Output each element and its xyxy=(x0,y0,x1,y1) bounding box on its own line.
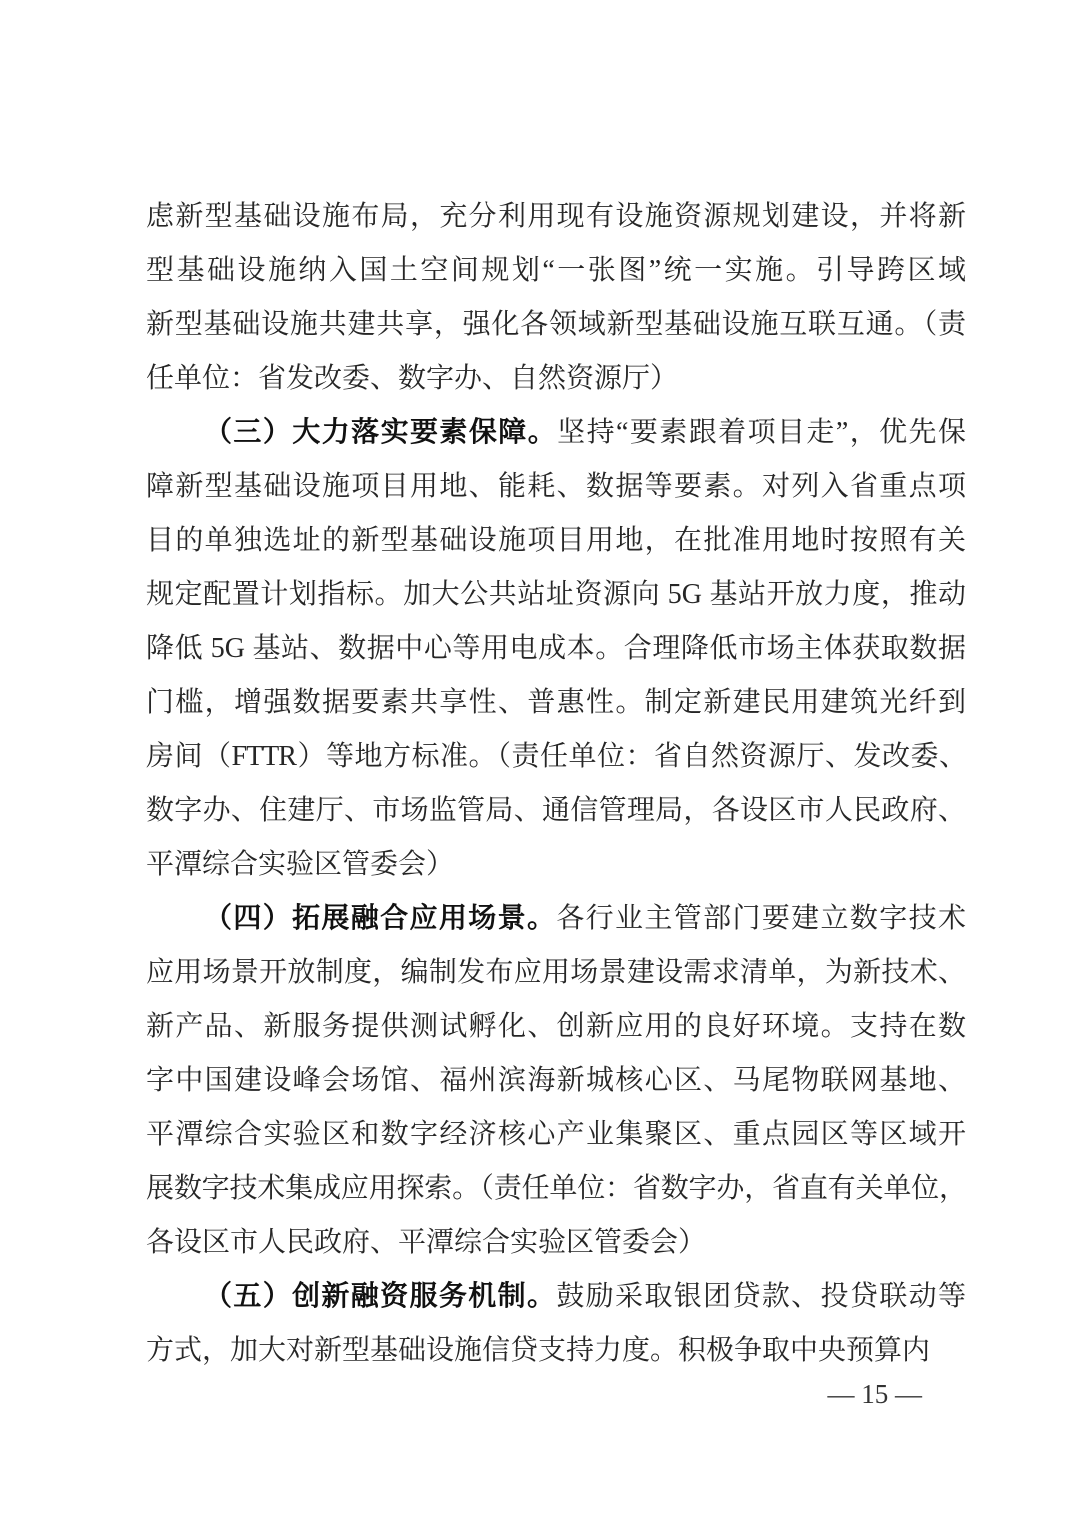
text-line: 方式，加大对新型基础设施信贷支持力度。积极争取中央预算内 xyxy=(146,1324,966,1378)
text-line: 展数字技术集成应用探索。（责任单位：省数字办，省直有关单位， xyxy=(146,1162,966,1216)
text-line: 目的单独选址的新型基础设施项目用地，在批准用地时按照有关 xyxy=(146,514,966,568)
text-line: （四）拓展融合应用场景。各行业主管部门要建立数字技术 xyxy=(146,892,966,946)
text-line: 障新型基础设施项目用地、能耗、数据等要素。对列入省重点项 xyxy=(146,460,966,514)
document-body: 虑新型基础设施布局，充分利用现有设施资源规划建设，并将新 型基础设施纳入国土空间… xyxy=(146,190,966,1378)
page-footer: — 15 — xyxy=(828,1372,923,1416)
text-line: 平潭综合实验区和数字经济核心产业集聚区、重点园区等区域开 xyxy=(146,1108,966,1162)
text-line: 房间（FTTR）等地方标准。（责任单位：省自然资源厅、发改委、 xyxy=(146,730,966,784)
text-line: 应用场景开放制度，编制发布应用场景建设需求清单，为新技术、 xyxy=(146,946,966,1000)
line-text: 目的单独选址的新型基础设施项目用地，在批准用地时按照有关 xyxy=(146,525,966,556)
text-line: 各设区市人民政府、平潭综合实验区管委会） xyxy=(146,1216,966,1270)
text-line: 降低 5G 基站、数据中心等用电成本。合理降低市场主体获取数据 xyxy=(146,622,966,676)
section-heading: （四）拓展融合应用场景。 xyxy=(204,903,556,934)
line-text: 规定配置计划指标。加大公共站址资源向 5G 基站开放力度，推动 xyxy=(146,579,966,610)
page-number: — 15 — xyxy=(828,1379,923,1409)
line-text: 应用场景开放制度，编制发布应用场景建设需求清单，为新技术、 xyxy=(146,957,966,988)
line-text: 展数字技术集成应用探索。（责任单位：省数字办，省直有关单位， xyxy=(146,1173,966,1204)
line-text: 各行业主管部门要建立数字技术 xyxy=(556,903,966,934)
line-text: 数字办、住建厅、市场监管局、通信管理局，各设区市人民政府、 xyxy=(146,795,966,826)
line-text: 新型基础设施共建共享，强化各领域新型基础设施互联互通。（责 xyxy=(146,309,966,340)
line-text: 门槛，增强数据要素共享性、普惠性。制定新建民用建筑光纤到 xyxy=(146,687,966,718)
text-line: 型基础设施纳入国土空间规划“一张图”统一实施。引导跨区域 xyxy=(146,244,966,298)
text-line: 新产品、新服务提供测试孵化、创新应用的良好环境。支持在数 xyxy=(146,1000,966,1054)
line-text: 坚持“要素跟着项目走”，优先保 xyxy=(557,417,966,448)
line-text: 障新型基础设施项目用地、能耗、数据等要素。对列入省重点项 xyxy=(146,471,966,502)
line-text: 平潭综合实验区管委会） xyxy=(146,849,454,880)
line-text: 新产品、新服务提供测试孵化、创新应用的良好环境。支持在数 xyxy=(146,1011,966,1042)
text-line: 规定配置计划指标。加大公共站址资源向 5G 基站开放力度，推动 xyxy=(146,568,966,622)
text-line: 新型基础设施共建共享，强化各领域新型基础设施互联互通。（责 xyxy=(146,298,966,352)
line-text: 鼓励采取银团贷款、投贷联动等 xyxy=(556,1281,966,1312)
text-line: （五）创新融资服务机制。鼓励采取银团贷款、投贷联动等 xyxy=(146,1270,966,1324)
section-heading: （五）创新融资服务机制。 xyxy=(204,1281,556,1312)
section-heading: （三）大力落实要素保障。 xyxy=(204,417,557,448)
line-text: 虑新型基础设施布局，充分利用现有设施资源规划建设，并将新 xyxy=(146,201,966,232)
line-text: 字中国建设峰会场馆、福州滨海新城核心区、马尾物联网基地、 xyxy=(146,1065,966,1096)
text-line: 平潭综合实验区管委会） xyxy=(146,838,966,892)
line-text: 房间（FTTR）等地方标准。（责任单位：省自然资源厅、发改委、 xyxy=(146,741,966,772)
text-line: 字中国建设峰会场馆、福州滨海新城核心区、马尾物联网基地、 xyxy=(146,1054,966,1108)
document-page: 虑新型基础设施布局，充分利用现有设施资源规划建设，并将新 型基础设施纳入国土空间… xyxy=(0,0,1080,1527)
line-text: 方式，加大对新型基础设施信贷支持力度。积极争取中央预算内 xyxy=(146,1335,930,1366)
text-line: 数字办、住建厅、市场监管局、通信管理局，各设区市人民政府、 xyxy=(146,784,966,838)
text-line: 任单位：省发改委、数字办、自然资源厅） xyxy=(146,352,966,406)
line-text: 型基础设施纳入国土空间规划“一张图”统一实施。引导跨区域 xyxy=(146,255,966,286)
text-line: 门槛，增强数据要素共享性、普惠性。制定新建民用建筑光纤到 xyxy=(146,676,966,730)
text-line: 虑新型基础设施布局，充分利用现有设施资源规划建设，并将新 xyxy=(146,190,966,244)
line-text: 平潭综合实验区和数字经济核心产业集聚区、重点园区等区域开 xyxy=(146,1119,966,1150)
line-text: 各设区市人民政府、平潭综合实验区管委会） xyxy=(146,1227,706,1258)
line-text: 任单位：省发改委、数字办、自然资源厅） xyxy=(146,363,678,394)
text-line: （三）大力落实要素保障。坚持“要素跟着项目走”，优先保 xyxy=(146,406,966,460)
line-text: 降低 5G 基站、数据中心等用电成本。合理降低市场主体获取数据 xyxy=(146,633,966,664)
